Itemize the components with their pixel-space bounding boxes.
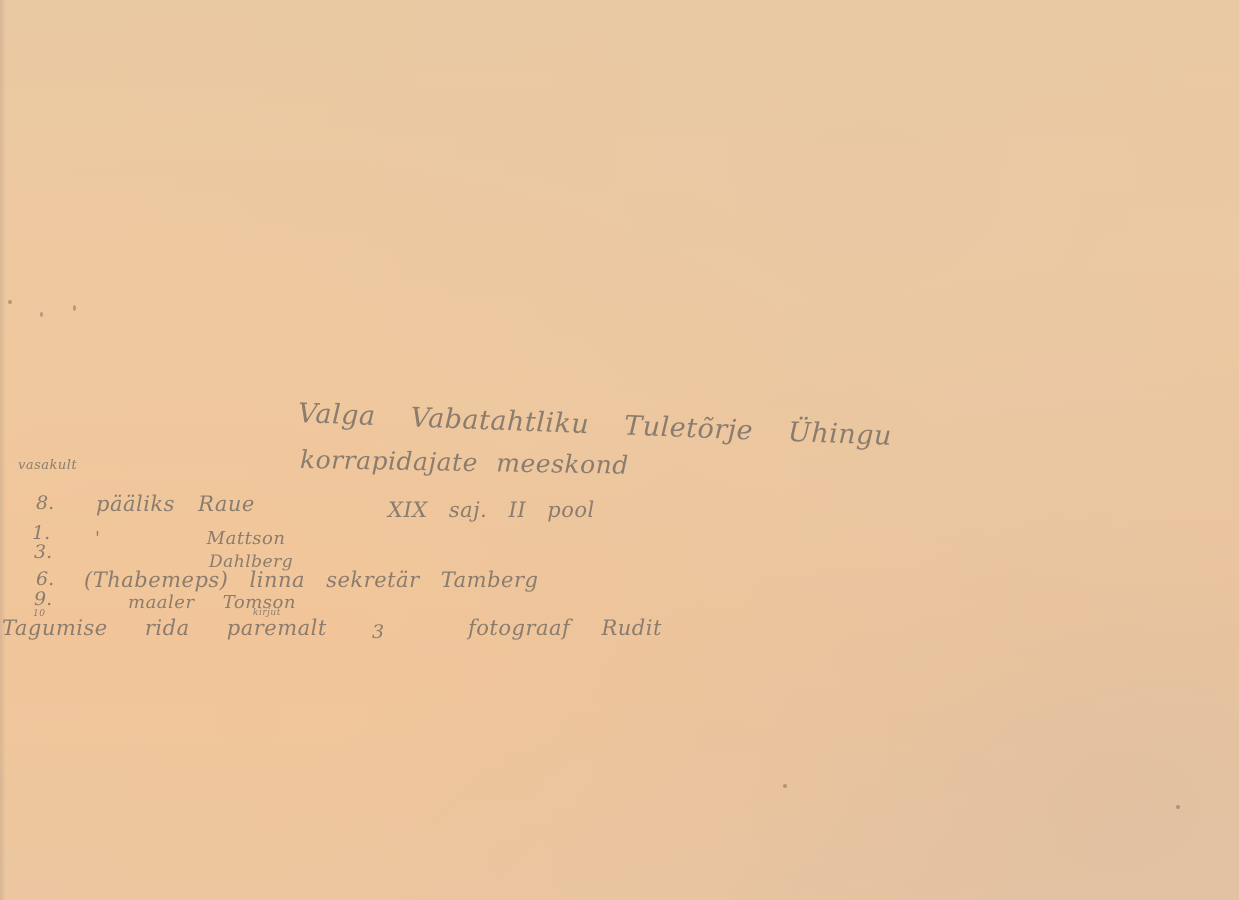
century-note: XIX saj. II pool xyxy=(388,498,595,522)
paper-stain xyxy=(783,784,787,788)
bottom-row-text: Tagumise rida paremalt xyxy=(2,616,327,640)
paper-stain xyxy=(8,300,12,304)
entry-number: 9. xyxy=(34,588,52,610)
entry-number: 6. xyxy=(36,568,54,590)
entry-number: 8. xyxy=(36,492,54,514)
paper-edge xyxy=(0,0,6,900)
entry-number: 3. xyxy=(34,541,52,563)
paper-stain xyxy=(1176,805,1180,809)
bottom-row-photographer: fotograaf Rudit xyxy=(468,616,662,640)
paper-stain xyxy=(73,305,76,311)
entry-text: ' Mattson xyxy=(95,528,285,549)
bottom-row-number: 3 xyxy=(372,621,385,643)
entry-text: pääliks Raue xyxy=(96,492,255,516)
direction-note: vasakult xyxy=(18,458,77,473)
entry-text: (Thabemeps) linna sekretär Tamberg xyxy=(84,568,538,592)
paper-stain xyxy=(40,312,43,317)
title-line-2: korrapidajate meeskond xyxy=(300,445,629,480)
